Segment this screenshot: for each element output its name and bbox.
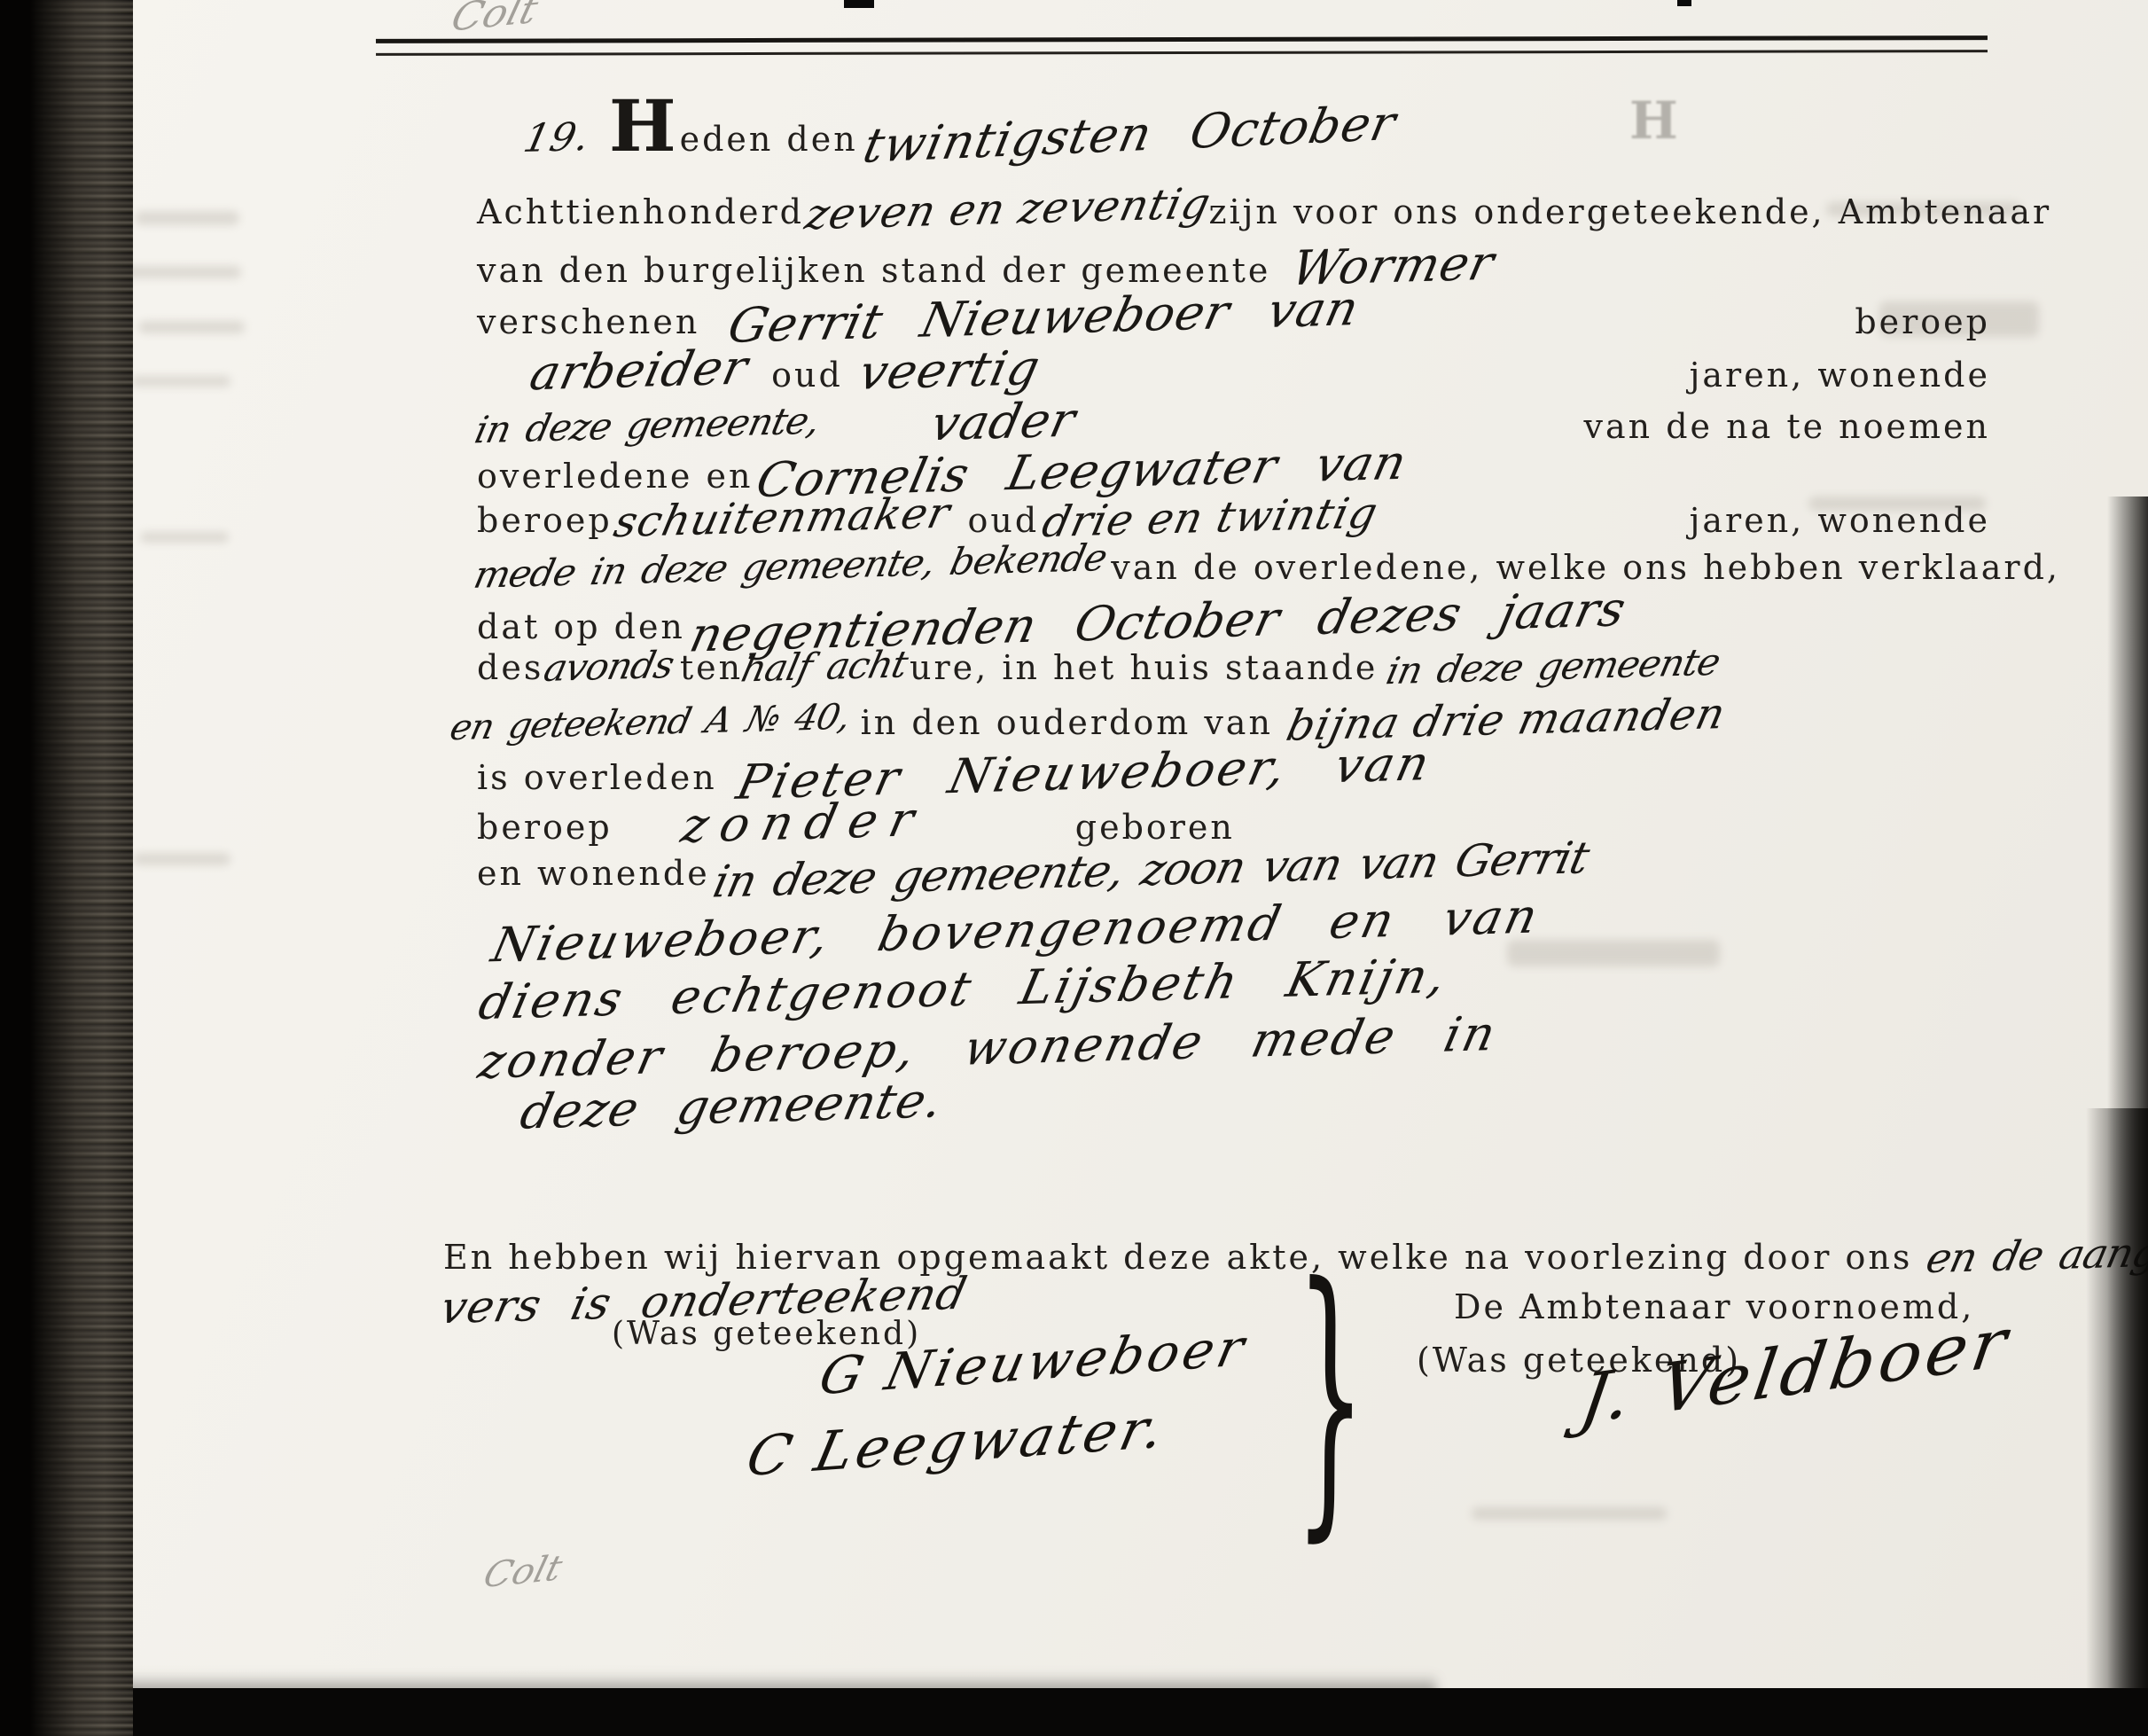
bleedthrough-mark xyxy=(135,211,239,225)
handwritten-residence-end: deze gemeente. xyxy=(515,1072,948,1139)
act-line-18: zonder beroep, wonende mede in xyxy=(483,1020,1494,1075)
act-line-1: 19. H eden den twintigsten October xyxy=(525,98,1393,162)
printed-text: Achttienhonderd xyxy=(477,192,804,231)
drop-cap: H xyxy=(609,98,676,154)
handwritten-residence2: mede in deze gemeente, bekende xyxy=(470,536,1111,597)
printed-text: in den ouderdom van xyxy=(861,703,1273,742)
printed-text: van de overledene, welke ons hebben verk… xyxy=(1111,548,2060,587)
act-line-4: verschenen Gerrit Nieuweboer van beroep xyxy=(477,289,1990,345)
act-line-19: deze gemeente. xyxy=(523,1078,941,1134)
book-spine-edge xyxy=(0,0,133,1736)
printed-text: ure, in het huis staande xyxy=(910,648,1378,687)
printed-text: ten xyxy=(680,648,743,687)
act-line-15: en wonende in deze gemeente, zoon van va… xyxy=(477,844,1584,895)
act-line-8: beroep schuitenmaker oud drie en twintig… xyxy=(477,493,1990,543)
printed-text: jaren, wonende xyxy=(1690,501,1990,540)
page-edge-shadow xyxy=(2086,1108,2148,1736)
printed-text: en wonende xyxy=(477,854,710,893)
scan-bottom-edge xyxy=(0,1688,2148,1736)
bleedthrough-letter: H xyxy=(1629,90,1675,151)
handwritten-daypart: avonds xyxy=(540,643,677,690)
handwritten-hour: half acht xyxy=(738,642,911,690)
printed-text: geboren xyxy=(1075,808,1235,847)
bleedthrough-mark xyxy=(1507,940,1720,966)
signature-brace: } xyxy=(1294,1248,1367,1544)
signature-official: J. Veldboer xyxy=(1587,1332,2003,1411)
act-line-10: dat op den negentienden October dezes ja… xyxy=(477,594,1622,650)
header-double-rule xyxy=(376,35,1988,56)
handwritten-death-place: in deze gemeente xyxy=(1383,640,1724,692)
bleedthrough-mark xyxy=(138,321,245,333)
printed-text: beroep xyxy=(477,808,613,847)
handwritten-occupation2: schuitenmaker xyxy=(609,489,955,547)
bleedthrough-mark xyxy=(140,532,229,543)
handwritten-date-day-month: twintigsten October xyxy=(858,95,1401,174)
bleedthrough-mark xyxy=(1472,1507,1667,1520)
scan-speck xyxy=(844,0,874,8)
act-line-14: beroep zonder geboren xyxy=(477,794,1235,850)
scanned-death-record-page: H Colt Colt 19. H eden den twintigsten O… xyxy=(0,0,2148,1736)
printed-text: En hebben wij hiervan opgemaakt deze akt… xyxy=(443,1238,1912,1277)
signature-declarant2: C Leegwater. xyxy=(752,1410,1163,1474)
handwritten-house-number: en geteekend A № 40, xyxy=(446,697,854,748)
printed-text: van de na te noemen xyxy=(1584,407,1990,446)
bleedthrough-mark xyxy=(131,376,230,387)
printed-text: van den burgelijken stand der gemeente xyxy=(477,251,1270,290)
record-number: 19. xyxy=(519,114,595,161)
handwritten-year: zeven en zeventig xyxy=(801,179,1215,240)
handwritten-occupation: arbeider xyxy=(525,340,754,402)
bleedthrough-mark xyxy=(133,853,230,865)
printed-text: zijn voor ons ondergeteekende, Ambtenaar xyxy=(1208,192,2051,231)
printed-text: beroep xyxy=(1855,302,1990,341)
printed-text: des xyxy=(477,648,543,687)
act-line-5: arbeider oud veertig jaren, wonende xyxy=(532,342,1990,398)
signature-declarant1: G Nieuweboer xyxy=(824,1332,1243,1392)
printed-text: is overleden xyxy=(477,758,717,797)
printed-text: oud xyxy=(771,356,843,395)
printed-text: eden den xyxy=(680,120,858,159)
printed-text: verschenen xyxy=(477,302,699,341)
printed-text: jaren, wonende xyxy=(1690,356,1990,395)
printed-text: overledene en xyxy=(477,457,753,496)
act-line-2: Achttienhonderd zeven en zeventig zijn v… xyxy=(477,184,1990,234)
act-line-13: is overleden Pieter Nieuweboer, van xyxy=(477,745,1428,801)
act-line-11: des avonds ten half acht ure, in het hui… xyxy=(477,645,1718,688)
printed-text: oud xyxy=(968,501,1040,540)
printed-text: dat op den xyxy=(477,607,685,646)
bleedthrough-mark xyxy=(124,266,241,278)
scan-speck xyxy=(1677,0,1691,6)
act-line-17: diens echtgenoot Lijsbeth Knijn, xyxy=(483,961,1444,1017)
act-line-12: en geteekend A № 40, in den ouderdom van… xyxy=(452,695,1723,745)
handwritten-age: veertig xyxy=(854,340,1045,401)
printed-text: beroep xyxy=(477,501,613,540)
act-line-9: mede in deze gemeente, bekende van de ov… xyxy=(477,544,2060,588)
